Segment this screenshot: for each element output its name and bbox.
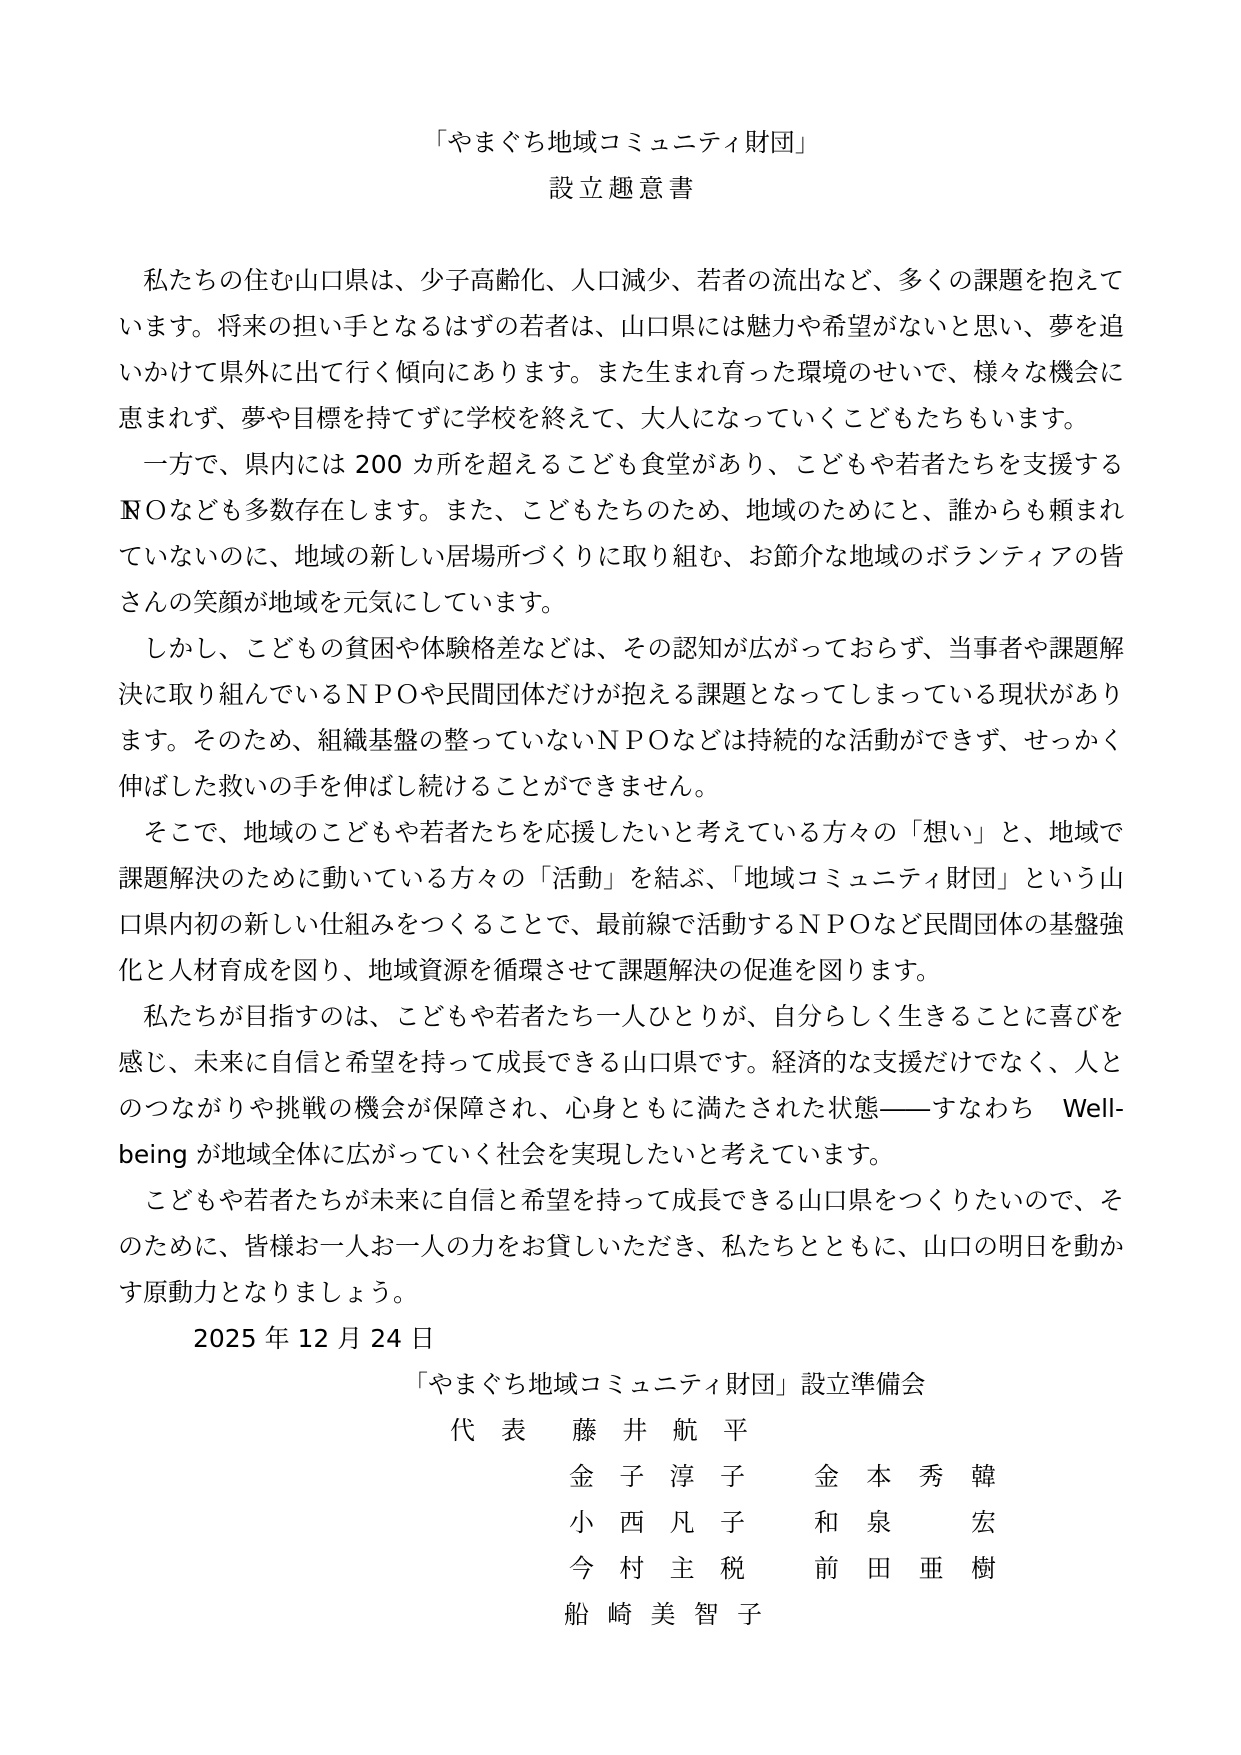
- document-date: 2025 年 12 月 24 日: [118, 1316, 1124, 1362]
- signature-row-1: 代表藤井航平: [118, 1408, 1124, 1454]
- document-title: 「やまぐち地域コミュニティ財団」: [118, 120, 1124, 166]
- signature-name-char: 平: [723, 1408, 748, 1454]
- signature-name-char: 西: [619, 1500, 644, 1546]
- signature-name-char: 崎: [607, 1592, 632, 1638]
- signature-row-5: 船崎美智子: [118, 1592, 1124, 1638]
- paragraph-1-line-2: います。将来の担い手となるはずの若者は、山口県には魅力や希望がないと思い、夢を追: [118, 304, 1124, 350]
- signature-name-right: 金本秀韓: [814, 1454, 996, 1500]
- signature-name-char: 税: [720, 1546, 745, 1592]
- paragraph-4-line-3: 口県内初の新しい仕組みをつくることで、最前線で活動するＮＰＯなど民間団体の基盤強: [118, 902, 1124, 948]
- signature-name-char: 智: [694, 1592, 719, 1638]
- signature-name-char: [919, 1500, 944, 1546]
- paragraph-4-line-1: そこで、地域のこどもや若者たちを応援したいと考えている方々の「想い」と、地域で: [118, 810, 1124, 856]
- signature-name-char: 子: [720, 1454, 745, 1500]
- signature-name-char: 本: [866, 1454, 891, 1500]
- signature-name-char: 泉: [866, 1500, 891, 1546]
- signature-name-char: 金: [569, 1454, 594, 1500]
- signature-name-char: 村: [619, 1546, 644, 1592]
- signature-name-char: 韓: [971, 1454, 996, 1500]
- paragraph-3-line-1: しかし、こどもの貧困や体験格差などは、その認知が広がっておらず、当事者や課題解: [118, 626, 1124, 672]
- signature-name-char: 主: [670, 1546, 695, 1592]
- signature-name-char: 淳: [670, 1454, 695, 1500]
- paragraph-6-line-2: のために、皆様お一人お一人の力をお貸しいただき、私たちとともに、山口の明日を動か: [118, 1224, 1124, 1270]
- organization-name: 「やまぐち地域コミュニティ財団」設立準備会: [118, 1362, 1124, 1408]
- signature-name-left: 船崎美智子: [564, 1592, 762, 1638]
- signature-name-char: 凡: [670, 1500, 695, 1546]
- signature-name-left: 金子淳子: [569, 1454, 745, 1500]
- signature-name-char: 代: [450, 1408, 475, 1454]
- paragraph-2-line-4: さんの笑顔が地域を元気にしています。: [118, 580, 1124, 626]
- signature-name-char: 亜: [919, 1546, 944, 1592]
- signature-name-char: 藤: [572, 1408, 597, 1454]
- signature-name-char: 子: [737, 1592, 762, 1638]
- paragraph-6-line-1: こどもや若者たちが未来に自信と希望を持って成長できる山口県をつくりたいので、そ: [118, 1178, 1124, 1224]
- paragraph-5-line-4: being が地域全体に広がっていく社会を実現したいと考えています。: [118, 1132, 1124, 1178]
- signature-name-char: 田: [866, 1546, 891, 1592]
- signature-name-char: 表: [501, 1408, 526, 1454]
- paragraph-1-line-4: 恵まれず、夢や目標を持てずに学校を終えて、大人になっていくこどもたちもいます。: [118, 396, 1124, 442]
- paragraph-1-line-1: 私たちの住む山口県は、少子高齢化、人口減少、若者の流出など、多くの課題を抱えて: [118, 258, 1124, 304]
- paragraph-2-line-2: ＰＯなども多数存在します。また、こどもたちのため、地域のためにと、誰からも頼まれ: [118, 488, 1124, 534]
- signature-name-right: 前田亜樹: [814, 1546, 996, 1592]
- paragraph-5-line-2: 感じ、未来に自信と希望を持って成長できる山口県です。経済的な支援だけでなく、人と: [118, 1040, 1124, 1086]
- signature-name-char: 前: [814, 1546, 839, 1592]
- signature-name-char: 金: [814, 1454, 839, 1500]
- document-subtitle: 設立趣意書: [118, 166, 1124, 212]
- paragraph-5-line-1: 私たちが目指すのは、こどもや若者たち一人ひとりが、自分らしく生きることに喜びを: [118, 994, 1124, 1040]
- signature-name-left: 小西凡子: [569, 1500, 745, 1546]
- paragraph-5-line-3: のつながりや挑戦の機会が保障され、心身ともに満たされた状態――すなわち Well…: [118, 1086, 1124, 1132]
- signature-name-right: 和泉 宏: [814, 1500, 996, 1546]
- paragraph-4-line-2: 課題解決のために動いている方々の「活動」を結ぶ、「地域コミュニティ財団」という山: [118, 856, 1124, 902]
- signature-row-2: 金子淳子金本秀韓: [118, 1454, 1124, 1500]
- signature-name-char: 子: [619, 1454, 644, 1500]
- signature-block: 代表藤井航平金子淳子金本秀韓小西凡子和泉 宏今村主税前田亜樹船崎美智子: [118, 1408, 1124, 1638]
- signature-row-4: 今村主税前田亜樹: [118, 1546, 1124, 1592]
- signature-name-char: 秀: [919, 1454, 944, 1500]
- paragraph-2-line-3: ていないのに、地域の新しい居場所づくりに取り組む、お節介な地域のボランティアの皆: [118, 534, 1124, 580]
- paragraph-3-line-2: 決に取り組んでいるＮＰＯや民間団体だけが抱える課題となってしまっている現状があり: [118, 672, 1124, 718]
- paragraph-4-line-4: 化と人材育成を図り、地域資源を循環させて課題解決の促進を図ります。: [118, 948, 1124, 994]
- paragraph-2-line-1: 一方で、県内には 200 カ所を超えるこども食堂があり、こどもや若者たちを支援す…: [118, 442, 1124, 488]
- title-body-spacer: [118, 212, 1124, 258]
- paragraph-3-line-4: 伸ばした救いの手を伸ばし続けることができません。: [118, 764, 1124, 810]
- signature-name-char: 井: [622, 1408, 647, 1454]
- paragraph-1-line-3: いかけて県外に出て行く傾向にあります。また生まれ育った環境のせいで、様々な機会に: [118, 350, 1124, 396]
- paragraph-3-line-3: ます。そのため、組織基盤の整っていないＮＰＯなどは持続的な活動ができず、せっかく: [118, 718, 1124, 764]
- signature-name-char: 今: [569, 1546, 594, 1592]
- signature-name-char: 船: [564, 1592, 589, 1638]
- document-page: 「やまぐち地域コミュニティ財団」 設立趣意書 私たちの住む山口県は、少子高齢化、…: [0, 0, 1241, 1755]
- paragraph-6-line-3: す原動力となりましょう。: [118, 1270, 1124, 1316]
- signature-name-char: 子: [720, 1500, 745, 1546]
- signature-name-char: 和: [814, 1500, 839, 1546]
- representative-label: 代表: [450, 1408, 526, 1454]
- signature-name-char: 樹: [971, 1546, 996, 1592]
- signature-row-3: 小西凡子和泉 宏: [118, 1500, 1124, 1546]
- signature-name-left: 今村主税: [569, 1546, 745, 1592]
- signature-name-left: 藤井航平: [572, 1408, 748, 1454]
- body-paragraphs: 私たちの住む山口県は、少子高齢化、人口減少、若者の流出など、多くの課題を抱えてい…: [118, 258, 1124, 1316]
- signature-name-char: 美: [650, 1592, 675, 1638]
- signature-name-char: 小: [569, 1500, 594, 1546]
- signature-name-char: 航: [673, 1408, 698, 1454]
- signature-name-char: 宏: [971, 1500, 996, 1546]
